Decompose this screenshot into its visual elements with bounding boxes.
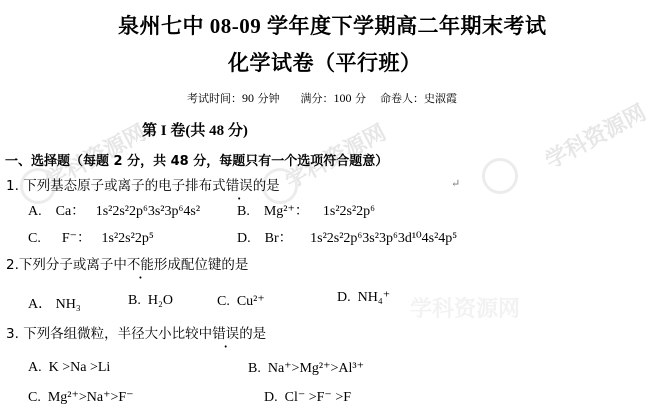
author-value: 史淑霞 bbox=[424, 92, 457, 105]
option-1b: B. Mg²⁺： 1s²2s²2p⁶ bbox=[237, 200, 375, 220]
option-value: Cu²⁺ bbox=[237, 294, 265, 309]
option-letter: C. bbox=[28, 390, 41, 405]
exam-meta: 考试时间：90 分钟 满分：100 分 命卷人：史淑霞 bbox=[187, 90, 457, 106]
option-letter: A. bbox=[28, 204, 42, 219]
option-1a: A. Ca： 1s²2s²2p⁶3s²3p⁶4s² bbox=[28, 200, 200, 220]
option-letter: B. bbox=[237, 204, 250, 219]
option-config: 1s²2s²2p⁵ bbox=[102, 231, 154, 246]
section-heading: 一、选择题（每题 2 分，共 48 分，每题只有一个选项符合题意） bbox=[5, 150, 388, 169]
question-1: 1. 下列基态原子或离子的电子排布式错误的是 bbox=[6, 174, 280, 194]
option-letter: D. bbox=[264, 390, 278, 405]
question-number: 1. bbox=[6, 178, 19, 194]
question-text: 下列各组微粒，半径大小比较中 bbox=[23, 326, 212, 342]
question-number: 2. bbox=[6, 257, 19, 273]
option-letter: C. bbox=[217, 294, 230, 309]
option-config: 1s²2s²2p⁶3s²3p⁶3d¹⁰4s²4p⁵ bbox=[310, 231, 457, 246]
option-config: 1s²2s²2p⁶ bbox=[323, 204, 375, 219]
question-text: 下列分子或离子中 bbox=[19, 257, 127, 273]
option-2b: B. H₂O bbox=[128, 293, 173, 309]
option-config: 1s²2s²2p⁶3s²3p⁶4s² bbox=[96, 204, 200, 219]
score-unit: 分 bbox=[355, 92, 366, 105]
question-text-end: 的是 bbox=[239, 326, 266, 342]
exam-title: 泉州七中 08-09 学年度下学期高二年期末考试 bbox=[118, 10, 547, 40]
question-3: 3. 下列各组微粒，半径大小比较中错误的是 bbox=[6, 322, 266, 342]
option-value: K >Na >Li bbox=[49, 360, 111, 375]
option-letter: D. bbox=[337, 290, 351, 305]
option-2d: D. NH₄⁺ bbox=[337, 289, 390, 306]
option-species: Ca： bbox=[56, 204, 86, 219]
question-text: 下列基态原子或离子的电子排布式 bbox=[23, 178, 226, 194]
watermark-text: 学科资源网 bbox=[410, 292, 520, 323]
option-species: Br： bbox=[265, 231, 293, 246]
author-label: 命卷人： bbox=[380, 92, 424, 105]
watermark-text: 学科资源网 bbox=[539, 96, 651, 175]
question-emphasis: 错误 bbox=[226, 178, 253, 194]
question-number: 3. bbox=[6, 326, 19, 342]
question-2: 2.下列分子或离子中不能形成配位键的是 bbox=[6, 253, 248, 273]
option-3d: D. Cl⁻ >F⁻ >F bbox=[264, 389, 351, 406]
option-letter: B. bbox=[128, 293, 141, 308]
time-label: 考试时间： bbox=[187, 92, 242, 105]
time-unit: 分钟 bbox=[258, 92, 280, 105]
option-species: F⁻： bbox=[62, 231, 91, 246]
part-heading: 第 I 卷(共 48 分) bbox=[142, 119, 248, 140]
option-value: Na⁺>Mg²⁺>Al³⁺ bbox=[268, 361, 364, 376]
score-label: 满分： bbox=[300, 92, 333, 105]
option-value: NH₄⁺ bbox=[358, 290, 391, 305]
question-text-end: 形成配位键的是 bbox=[154, 257, 249, 273]
return-mark-icon: ↵ bbox=[451, 177, 460, 190]
option-letter: A. bbox=[28, 360, 42, 375]
exam-subtitle: 化学试卷（平行班） bbox=[228, 47, 422, 77]
option-letter: C. bbox=[28, 231, 41, 246]
option-3c: C. Mg²⁺>Na⁺>F⁻ bbox=[28, 389, 134, 406]
option-value: H₂O bbox=[148, 293, 173, 308]
option-1d: D. Br： 1s²2s²2p⁶3s²3p⁶3d¹⁰4s²4p⁵ bbox=[237, 227, 457, 247]
option-value: Cl⁻ >F⁻ >F bbox=[285, 390, 351, 405]
watermark-eye-icon bbox=[482, 158, 518, 194]
option-value: Mg²⁺>Na⁺>F⁻ bbox=[48, 390, 134, 405]
option-value: NH₃ bbox=[56, 297, 81, 312]
question-text-end: 的是 bbox=[253, 178, 280, 194]
score-value: 100 bbox=[333, 91, 351, 105]
question-emphasis: 错误 bbox=[212, 326, 239, 342]
option-3b: B. Na⁺>Mg²⁺>Al³⁺ bbox=[248, 360, 364, 377]
option-letter: D. bbox=[237, 231, 251, 246]
time-value: 90 bbox=[242, 91, 254, 105]
option-letter: B. bbox=[248, 361, 261, 376]
option-3a: A. K >Na >Li bbox=[28, 360, 110, 376]
option-species: Mg²⁺： bbox=[264, 204, 309, 219]
option-letter: A． bbox=[28, 297, 52, 312]
option-1c: C. F⁻： 1s²2s²2p⁵ bbox=[28, 227, 154, 247]
option-2c: C. Cu²⁺ bbox=[217, 293, 265, 310]
option-2a: A． NH₃ bbox=[28, 293, 81, 313]
question-emphasis: 不能 bbox=[127, 257, 154, 273]
